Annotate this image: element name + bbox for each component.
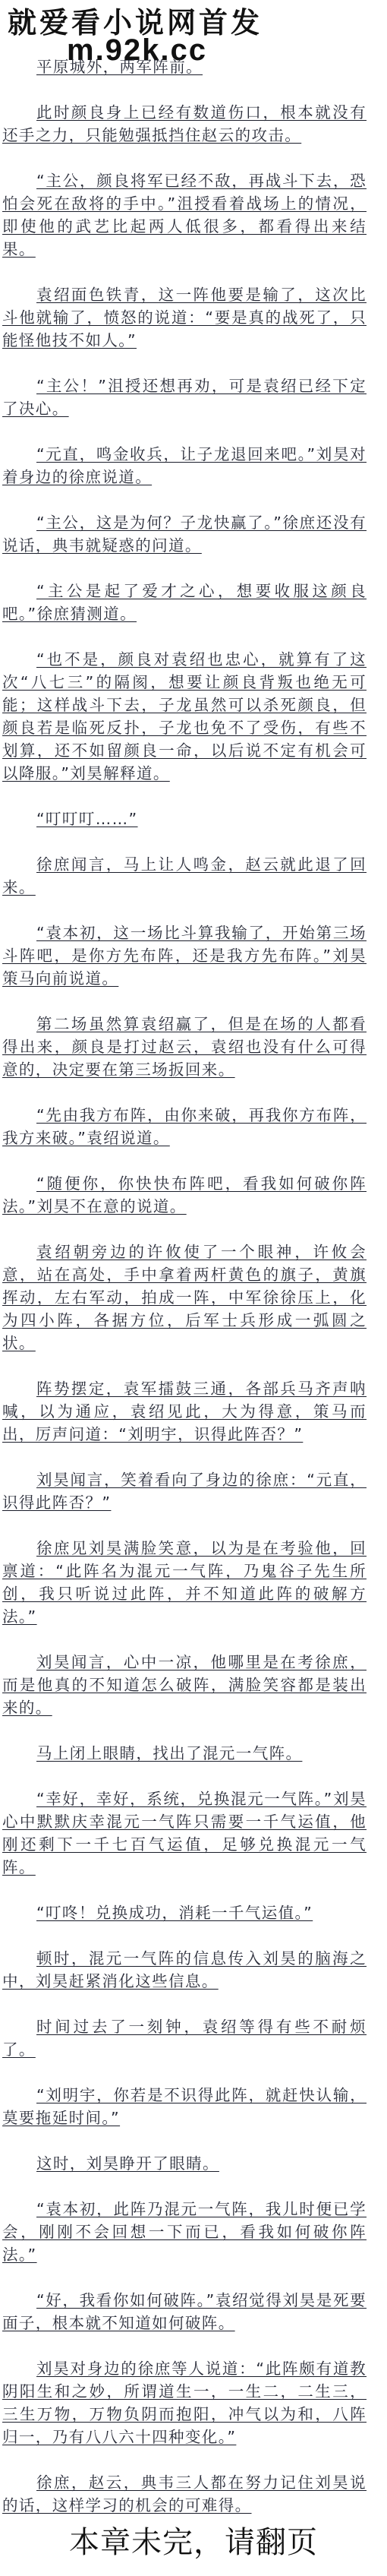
paragraph-text: 时间过去了一刻钟，袁绍等得有些不耐烦了。 bbox=[2, 2018, 367, 2059]
paragraph-text: 阵势摆定，袁军擂鼓三通，各部兵马齐声呐喊，以为通应，袁绍见此，大为得意，策马而出… bbox=[2, 1380, 367, 1443]
paragraph: “叮咚！兑换成功，消耗一千气运值。” bbox=[2, 1901, 367, 1924]
paragraph-text: “随便你，你快快布阵吧，看我如何破你阵法。”刘昊不在意的说道。 bbox=[2, 1174, 367, 1215]
chapter-continue-notice: 本章未完，请翻页 bbox=[0, 2524, 387, 2562]
paragraph-text: “先由我方布阵，由你来破，再我你方布阵，我方来破。”袁绍说道。 bbox=[2, 1106, 367, 1147]
paragraph: 第二场虽然算袁绍赢了，但是在场的人都看得出来，颜良是打过赵云，袁绍也没有什么可得… bbox=[2, 1013, 367, 1081]
paragraph-text: “袁本初，这一场比斗算我输了，开始第三场斗阵吧，是你方先布阵，还是我方先布阵。”… bbox=[2, 924, 367, 988]
paragraph: 徐庶见刘昊满脸笑意，以为是在考验他，回禀道：“此阵名为混元一气阵，乃鬼谷子先生所… bbox=[2, 1537, 367, 1628]
paragraph: “主公！”沮授还想再劝，可是袁绍已经下定了决心。 bbox=[2, 375, 367, 420]
paragraph-text: “主公，颜良将军已经不敌，再战斗下去，恐怕会死在敌将的手中。”沮授看着战场上的情… bbox=[2, 172, 367, 258]
paragraph: “袁本初，这一场比斗算我输了，开始第三场斗阵吧，是你方先布阵，还是我方先布阵。”… bbox=[2, 921, 367, 990]
paragraph-text: “主公是起了爱才之心，想要收服这颜良吧。”徐庶猜测道。 bbox=[2, 582, 367, 623]
paragraph: 顿时，混元一气阵的信息传入刘昊的脑海之中，刘昊赶紧消化这些信息。 bbox=[2, 1947, 367, 1993]
paragraph-text: 徐庶见刘昊满脸笑意，以为是在考验他，回禀道：“此阵名为混元一气阵，乃鬼谷子先生所… bbox=[2, 1539, 367, 1626]
paragraph-text: “主公！”沮授还想再劝，可是袁绍已经下定了决心。 bbox=[2, 377, 367, 418]
paragraph-text: “幸好，幸好，系统，兑换混元一气阵。”刘昊心中默默庆幸混元一气阵只需要一千气运值… bbox=[2, 1790, 367, 1876]
chapter-body: 平原城外，两军阵前。 此时颜良身上已经有数道伤口，根本就没有还手之力，只能勉强抵… bbox=[2, 55, 367, 2540]
paragraph-text: 平原城外，两军阵前。 bbox=[36, 58, 203, 76]
paragraph: 此时颜良身上已经有数道伤口，根本就没有还手之力，只能勉强抵挡住赵云的攻击。 bbox=[2, 101, 367, 147]
paragraph: 刘昊对身边的徐庶等人说道：“此阵颇有道教阴阳生和之妙，所谓道生一，一生二，二生三… bbox=[2, 2357, 367, 2448]
paragraph-text: 刘昊闻言，笑着看向了身边的徐庶：“元直，识得此阵否？” bbox=[2, 1471, 367, 1512]
paragraph: “元直，鸣金收兵，让子龙退回来吧。”刘昊对着身边的徐庶说道。 bbox=[2, 443, 367, 488]
paragraph: “也不是，颜良对袁绍也忠心，就算有了这次“八七三”的隔阂，想要让颜良背叛也绝无可… bbox=[2, 648, 367, 785]
paragraph: “好，我看你如何破阵。”袁绍觉得刘昊是死要面子，根本就不知道如何破阵。 bbox=[2, 2289, 367, 2334]
paragraph: 时间过去了一刻钟，袁绍等得有些不耐烦了。 bbox=[2, 2015, 367, 2061]
paragraph: 刘昊闻言，笑着看向了身边的徐庶：“元直，识得此阵否？” bbox=[2, 1468, 367, 1514]
paragraph-text: 徐庶，赵云，典韦三人都在努力记住刘昊说的话，这样学习的机会的可难得。 bbox=[2, 2473, 367, 2514]
paragraph-text: 顿时，混元一气阵的信息传入刘昊的脑海之中，刘昊赶紧消化这些信息。 bbox=[2, 1949, 367, 1990]
paragraph: 袁绍朝旁边的许攸使了一个眼神，许攸会意，站在高处，手中拿着两杆黄色的旗子，黄旗挥… bbox=[2, 1241, 367, 1354]
paragraph-text: “也不是，颜良对袁绍也忠心，就算有了这次“八七三”的隔阂，想要让颜良背叛也绝无可… bbox=[2, 650, 367, 782]
paragraph: 刘昊闻言，心中一凉，他哪里是在考徐庶，而是他真的不知道怎么破阵，满脸笑容都是装出… bbox=[2, 1651, 367, 1719]
paragraph: 徐庶闻言，马上让人鸣金，赵云就此退了回来。 bbox=[2, 853, 367, 899]
paragraph-text: “叮叮叮……” bbox=[36, 810, 138, 828]
paragraph: “袁本初，此阵乃混元一气阵，我儿时便已学会，刚刚不会回想一下而已，看我如何破你阵… bbox=[2, 2198, 367, 2266]
paragraph-text: 袁绍朝旁边的许攸使了一个眼神，许攸会意，站在高处，手中拿着两杆黄色的旗子，黄旗挥… bbox=[2, 1243, 367, 1352]
paragraph: 平原城外，两军阵前。 bbox=[2, 55, 367, 78]
paragraph-text: 徐庶闻言，马上让人鸣金，赵云就此退了回来。 bbox=[2, 855, 367, 896]
paragraph: “主公，颜良将军已经不敌，再战斗下去，恐怕会死在敌将的手中。”沮授看着战场上的情… bbox=[2, 169, 367, 261]
paragraph-text: 袁绍面色铁青，这一阵他要是输了，这次比斗他就输了，愤怒的说道：“要是真的战死了，… bbox=[2, 286, 367, 349]
paragraph: “刘明宇，你若是不识得此阵，就赶快认输，莫要拖延时间。” bbox=[2, 2084, 367, 2129]
paragraph: 阵势摆定，袁军擂鼓三通，各部兵马齐声呐喊，以为通应，袁绍见此，大为得意，策马而出… bbox=[2, 1377, 367, 1446]
paragraph-text: “元直，鸣金收兵，让子龙退回来吧。”刘昊对着身边的徐庶说道。 bbox=[2, 445, 367, 486]
paragraph-text: “好，我看你如何破阵。”袁绍觉得刘昊是死要面子，根本就不知道如何破阵。 bbox=[2, 2291, 367, 2332]
paragraph: “主公是起了爱才之心，想要收服这颜良吧。”徐庶猜测道。 bbox=[2, 580, 367, 625]
paragraph: “主公，这是为何？子龙快赢了。”徐庶还没有说话，典韦就疑惑的问道。 bbox=[2, 511, 367, 557]
paragraph-text: 刘昊对身边的徐庶等人说道：“此阵颇有道教阴阳生和之妙，所谓道生一，一生二，二生三… bbox=[2, 2359, 367, 2446]
paragraph: 马上闭上眼睛，找出了混元一气阵。 bbox=[2, 1742, 367, 1765]
paragraph: “先由我方布阵，由你来破，再我你方布阵，我方来破。”袁绍说道。 bbox=[2, 1104, 367, 1149]
paragraph-text: 刘昊闻言，心中一凉，他哪里是在考徐庶，而是他真的不知道怎么破阵，满脸笑容都是装出… bbox=[2, 1653, 367, 1717]
paragraph: 袁绍面色铁青，这一阵他要是输了，这次比斗他就输了，愤怒的说道：“要是真的战死了，… bbox=[2, 283, 367, 352]
paragraph: “幸好，幸好，系统，兑换混元一气阵。”刘昊心中默默庆幸混元一气阵只需要一千气运值… bbox=[2, 1787, 367, 1879]
paragraph-text: 马上闭上眼睛，找出了混元一气阵。 bbox=[36, 1744, 302, 1762]
paragraph-text: 这时，刘昊睁开了眼睛。 bbox=[36, 2154, 219, 2173]
paragraph: “随便你，你快快布阵吧，看我如何破你阵法。”刘昊不在意的说道。 bbox=[2, 1172, 367, 1218]
paragraph-text: “叮咚！兑换成功，消耗一千气运值。” bbox=[36, 1904, 313, 1922]
paragraph-text: “袁本初，此阵乃混元一气阵，我儿时便已学会，刚刚不会回想一下而已，看我如何破你阵… bbox=[2, 2200, 367, 2264]
paragraph-text: 此时颜良身上已经有数道伤口，根本就没有还手之力，只能勉强抵挡住赵云的攻击。 bbox=[2, 103, 367, 144]
paragraph-text: “刘明宇，你若是不识得此阵，就赶快认输，莫要拖延时间。” bbox=[2, 2086, 367, 2127]
paragraph: “叮叮叮……” bbox=[2, 808, 367, 830]
paragraph: 这时，刘昊睁开了眼睛。 bbox=[2, 2152, 367, 2175]
paragraph-text: 第二场虽然算袁绍赢了，但是在场的人都看得出来，颜良是打过赵云，袁绍也没有什么可得… bbox=[2, 1015, 367, 1079]
paragraph: 徐庶，赵云，典韦三人都在努力记住刘昊说的话，这样学习的机会的可难得。 bbox=[2, 2471, 367, 2517]
paragraph-text: “主公，这是为何？子龙快赢了。”徐庶还没有说话，典韦就疑惑的问道。 bbox=[2, 514, 367, 555]
